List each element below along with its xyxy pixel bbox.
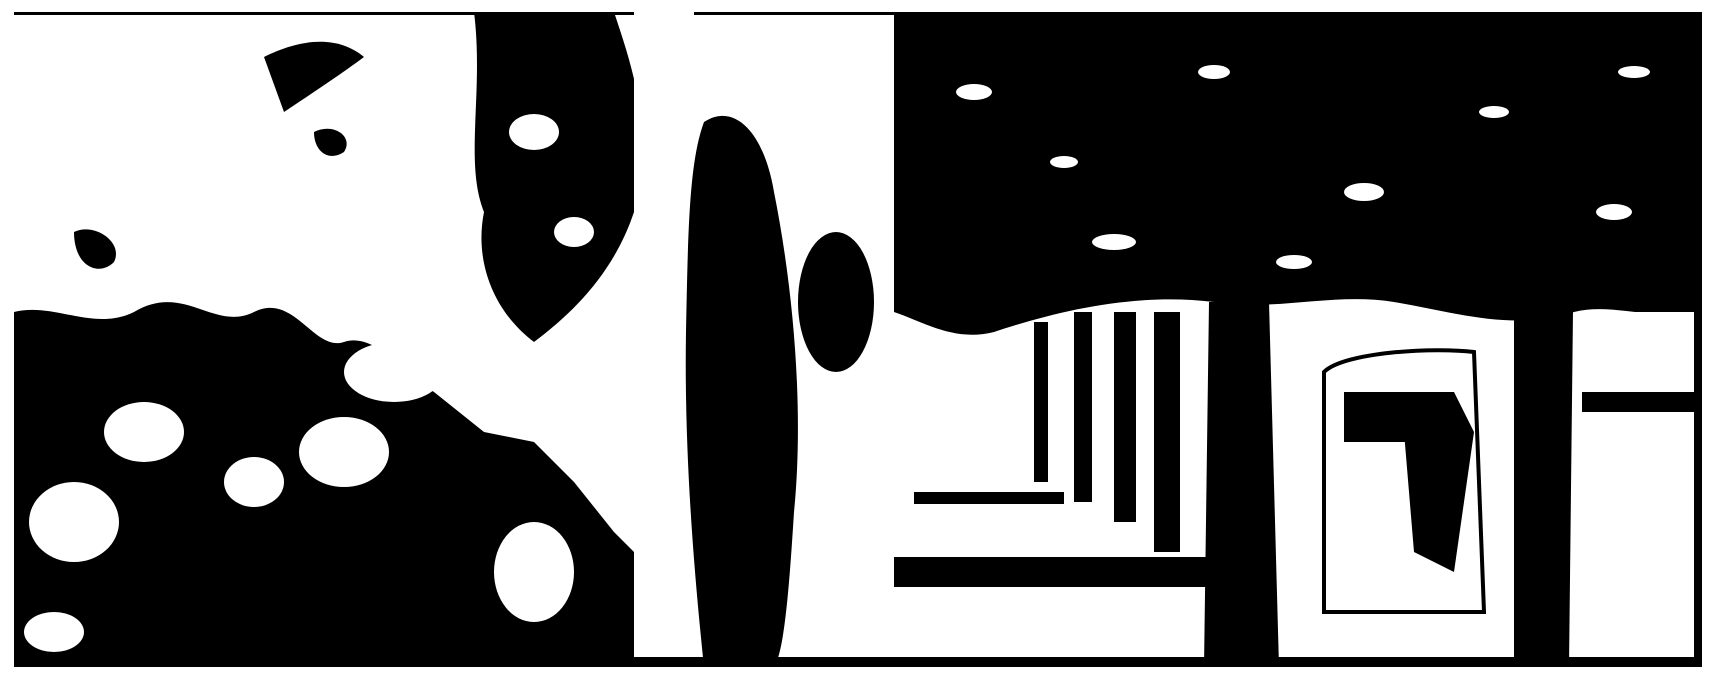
street-photo: High-contrast black-and-white thresholde… — [14, 12, 1702, 667]
photo-canvas — [14, 12, 1702, 667]
